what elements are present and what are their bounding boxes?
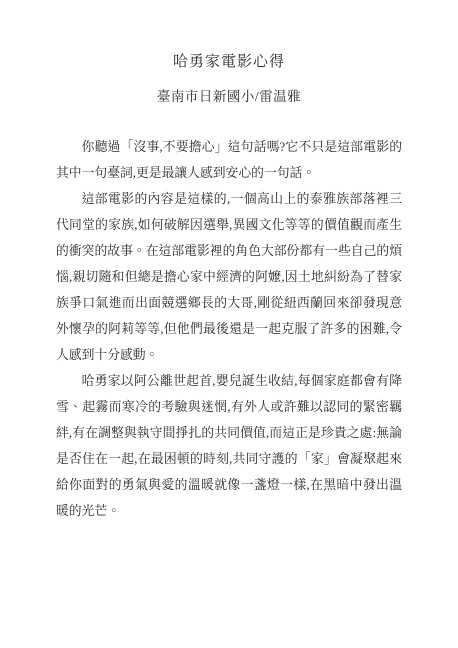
document-body: 你聽過「沒事,不要擔心」這句話嗎?它不只是這部電影的其中一句臺詞,更是最讓人感到…: [56, 134, 402, 524]
paragraph-2: 這部電影的內容是這樣的,一個高山上的泰雅族部落裡三代同堂的家族,如何破解因選舉,…: [56, 186, 402, 368]
document-title: 哈勇家電影心得: [0, 52, 458, 72]
document-byline: 臺南市日新國小/雷温雅: [0, 87, 458, 107]
paragraph-3: 哈勇家以阿公離世起首,嬰兒誕生收結,每個家庭都會有降雪、起霧而寒冷的考驗與迷惘,…: [56, 368, 402, 524]
document-page: 哈勇家電影心得 臺南市日新國小/雷温雅 你聽過「沒事,不要擔心」這句話嗎?它不只…: [0, 0, 458, 648]
paragraph-1: 你聽過「沒事,不要擔心」這句話嗎?它不只是這部電影的其中一句臺詞,更是最讓人感到…: [56, 134, 402, 186]
